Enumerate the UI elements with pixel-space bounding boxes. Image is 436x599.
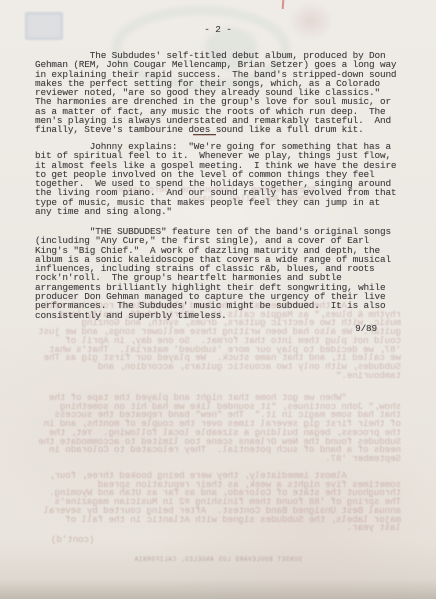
bleed-contd-note: (cont'd) [51, 536, 401, 545]
scanned-document-page: Steve Amedee - tambourine, percussion Jo… [0, 0, 436, 599]
bleed-paragraph-b: "When we got home that night and played … [26, 394, 401, 464]
page-number: - 2 - [0, 25, 436, 34]
paragraph-johnny-quote: Johnny explains: "We're going for someth… [35, 142, 396, 216]
underline-emphasis-does [193, 134, 216, 135]
scan-bottom-edge-shadow [0, 579, 436, 599]
bleed-letterhead-footer: SUNSET BOULEVARD LOS ANGELES, CALIFORNIA [0, 556, 436, 565]
date-label: 9/89 [355, 324, 377, 333]
bleed-paragraph-c: Almost immediately, they were being book… [26, 472, 401, 533]
paragraph-debut-album: The Subdudes' self-titled debut album, p… [35, 51, 396, 135]
paragraph-album-description: "THE SUBDUDES" feature ten of the band's… [35, 227, 391, 320]
